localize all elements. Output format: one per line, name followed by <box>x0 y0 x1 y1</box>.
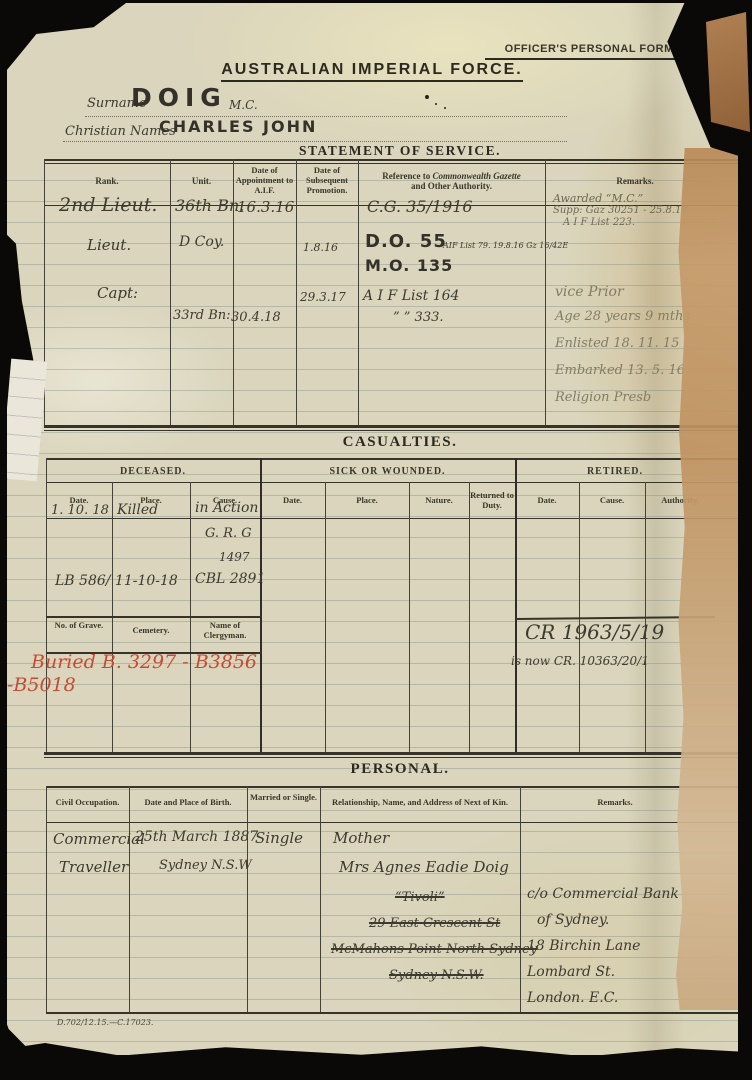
service-row2-rank: Lieut. <box>87 236 131 254</box>
service-col-line <box>296 159 297 425</box>
service-row2-reference2: M.O. 135 <box>365 256 453 275</box>
casualty-cause-2: G. R. G <box>205 526 252 541</box>
remark-awarded-2: Supp: Gaz 30251 - 25.8.17 <box>553 205 688 216</box>
casualty-cause-reference: CBL 2891 <box>195 571 265 587</box>
service-row1-rank: 2nd Lieut. <box>59 194 157 216</box>
ink-blot <box>425 95 429 99</box>
casualties-col-line <box>409 482 410 752</box>
service-row3-rank: Capt: <box>97 284 138 302</box>
sick-col-nature: Nature. <box>409 496 469 506</box>
christian-names-value: CHARLES JOHN <box>159 117 317 136</box>
personal-top-border <box>44 752 744 755</box>
sick-col-place: Place. <box>325 496 409 506</box>
casualties-section-title: CASUALTIES. <box>51 434 749 451</box>
service-section-title: STATEMENT OF SERVICE. <box>51 143 749 159</box>
service-row4-reference: ” ” 333. <box>393 310 444 325</box>
left-edge-shadow <box>0 0 7 1080</box>
casualty-place: Killed <box>117 502 158 518</box>
personal-col-line <box>46 786 47 1012</box>
service-row4-appointment: 30.4.18 <box>231 310 281 325</box>
remark-religion: Religion Presb <box>555 390 651 405</box>
kin-struck-3: McMahons Point North Sydney <box>331 942 537 957</box>
personal-col-kin: Relationship, Name, and Address of Next … <box>320 798 520 808</box>
service-table-top-border-2 <box>44 163 744 164</box>
personal-section-title: PERSONAL. <box>51 761 749 778</box>
burial-note-2: -B5018 <box>7 674 76 696</box>
service-row2-reference-note: AIF List 79. 19.8.16 Gz 16/42E <box>443 241 568 250</box>
casualty-cause-3: 1497 <box>219 550 250 564</box>
remark-age: Age 28 years 9 mths <box>555 309 690 324</box>
sick-col-date: Date. <box>260 496 325 506</box>
personal-remarks-2: of Sydney. <box>537 912 609 928</box>
birth-date: 25th March 1887 <box>135 829 258 845</box>
christian-names-rule <box>63 140 567 142</box>
personal-remarks-4: Lombard St. <box>527 964 615 980</box>
service-col-reference-suffix: and Other Authority. <box>411 181 492 191</box>
service-row1-unit: 36th Bn. <box>175 196 244 215</box>
retired-col-date: Date. <box>515 496 579 506</box>
form-reference: D.702/12.15.—C.17023. <box>57 1018 153 1027</box>
casualties-top-border-2 <box>44 430 744 431</box>
corner-form-label: OFFICER'S PERSONAL FORM. <box>485 43 697 60</box>
occupation-1: Commercial <box>53 830 145 848</box>
personal-remarks-3: 18 Birchin Lane <box>527 938 640 954</box>
service-col-line <box>358 159 359 425</box>
remark-embarked: Embarked 13. 5. 16 <box>555 363 685 378</box>
surname-rule <box>85 115 567 117</box>
personal-col-married: Married or Single. <box>247 793 320 803</box>
personal-col-line <box>320 786 321 1012</box>
retired-col-cause: Cause. <box>579 496 645 506</box>
service-row2-reference: D.O. 55 <box>365 231 447 252</box>
service-col-reference: Reference to Commonwealth Gazette and Ot… <box>358 171 545 192</box>
casualties-col-line <box>469 482 470 752</box>
remark-enlisted: Enlisted 18. 11. 15 <box>555 336 679 351</box>
remark-awarded-3: A I F List 223. <box>563 217 635 228</box>
personal-col-line <box>129 786 130 1012</box>
kin-name: Mrs Agnes Eadie Doig <box>339 858 509 876</box>
remark-vice: vice Prior <box>555 284 624 300</box>
group-sick-or-wounded: SICK OR WOUNDED. <box>260 466 515 478</box>
casualty-date: 1. 10. 18 <box>51 503 109 518</box>
remark-awarded-1: Awarded “M.C.” <box>553 192 643 205</box>
grave-col-cemetery: Cemetery. <box>112 626 190 636</box>
service-row2-promotion: 1.8.16 <box>303 241 338 254</box>
paper-sheet: OFFICER'S PERSONAL FORM. AUSTRALIAN IMPE… <box>7 3 744 1055</box>
personal-col-birth: Date and Place of Birth. <box>129 798 247 808</box>
casualties-subheadline <box>46 518 744 519</box>
casualties-groupline <box>46 482 744 483</box>
kin-struck-4: Sydney N.S.W. <box>389 968 484 983</box>
kin-struck-1: “Tivoli” <box>395 890 445 905</box>
service-col-reference-prefix: Reference to <box>382 171 432 181</box>
casualties-top-border <box>44 425 744 428</box>
grave-col-clergyman: Name of Clergyman. <box>190 621 260 641</box>
service-col-reference-gazette: Commonwealth Gazette <box>433 171 521 181</box>
service-col-line <box>545 159 546 425</box>
birth-place: Sydney N.S.W <box>159 858 252 873</box>
grave-col-number: No. of Grave. <box>46 621 112 631</box>
personal-col-line <box>247 786 248 1012</box>
personal-col-line <box>520 786 521 1012</box>
casualties-table-top <box>46 458 744 460</box>
retired-note-2: is now CR. 10363/20/1 <box>511 654 649 668</box>
casualty-cable-reference: LB 586/ 11-10-18 <box>55 573 178 589</box>
retired-note-1: CR 1963/5/19 <box>525 620 664 644</box>
occupation-2: Traveller <box>59 858 128 876</box>
service-col-rank: Rank. <box>44 176 170 186</box>
service-row3-promotion: 29.3.17 <box>300 290 346 304</box>
surname-honors: M.C. <box>229 98 258 112</box>
service-col-line <box>170 159 171 425</box>
kin-struck-2: 29 East Crescent St <box>369 916 500 931</box>
personal-table-top <box>46 786 744 788</box>
personal-remarks-1: c/o Commercial Bank <box>527 886 679 902</box>
burial-note-1: Buried B. 3297 - B3856 <box>31 651 257 673</box>
right-edge-shadow <box>738 0 752 1080</box>
grave-band-top <box>46 616 262 618</box>
service-row1-appointment: 16.3.16 <box>237 198 294 216</box>
surname-value: DOIG <box>131 83 227 112</box>
kin-relationship: Mother <box>333 829 389 847</box>
service-row3-reference: A I F List 164 <box>363 288 459 304</box>
service-row4-unit: 33rd Bn: <box>173 308 231 323</box>
form-title: AUSTRALIAN IMPERIAL FORCE. <box>221 61 522 82</box>
casualty-cause-1: in Action <box>195 500 258 516</box>
service-col-promotion: Date of Subsequent Promotion. <box>298 166 356 195</box>
personal-col-occupation: Civil Occupation. <box>46 798 129 808</box>
tape-strip <box>676 148 738 1010</box>
personal-top-border-2 <box>44 757 744 758</box>
group-deceased: DECEASED. <box>46 466 260 478</box>
service-col-unit: Unit. <box>170 176 233 186</box>
personal-header-bottom <box>46 822 744 823</box>
service-table-top-border <box>44 159 744 161</box>
form-title-wrap: AUSTRALIAN IMPERIAL FORCE. <box>7 61 737 82</box>
service-col-appointment: Date of Appointment to A.I.F. <box>235 166 294 195</box>
service-row2-unit: D Coy. <box>179 234 224 250</box>
sick-col-returned: Returned to Duty. <box>469 491 515 511</box>
service-row1-reference: C.G. 35/1916 <box>367 197 473 216</box>
scanned-officers-personal-form: OFFICER'S PERSONAL FORM. AUSTRALIAN IMPE… <box>0 0 752 1080</box>
casualties-col-line <box>325 482 326 752</box>
personal-bottom-border <box>46 1012 744 1014</box>
personal-remarks-5: London. E.C. <box>527 990 618 1006</box>
married-or-single: Single <box>255 829 303 847</box>
